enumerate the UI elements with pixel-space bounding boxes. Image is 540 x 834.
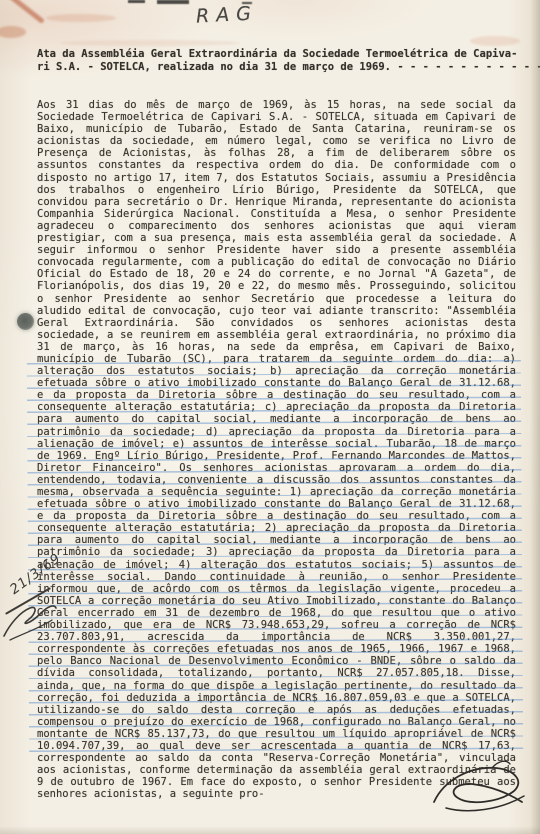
rust-stain (470, 36, 520, 46)
scan-edge-mark (157, 0, 189, 4)
scanned-document-page: RAG Ata da Assembléia Geral Extraordinár… (0, 0, 540, 834)
rust-stain (60, 40, 240, 46)
handwritten-note-top: RAG (195, 2, 258, 27)
margin-initials-scribble (0, 598, 60, 644)
title-line-1: Ata da Assembléia Geral Extraordinária d… (37, 48, 517, 61)
document-title: Ata da Assembléia Geral Extraordinária d… (37, 48, 517, 73)
punch-hole (17, 313, 34, 330)
document-body: Aos 31 dias do mês de março de 1969, às … (37, 99, 516, 800)
title-line-2: ri S.A. - SOTELCA, realizada no dia 31 d… (37, 61, 517, 74)
rust-stain (7, 0, 45, 24)
rust-stain (46, 14, 116, 22)
signature-scribble (428, 756, 528, 818)
paper-edge-shadow (530, 0, 540, 834)
scan-edge-mark (128, 0, 145, 3)
rust-stain (0, 26, 26, 38)
paper-edge-shadow (0, 826, 540, 834)
